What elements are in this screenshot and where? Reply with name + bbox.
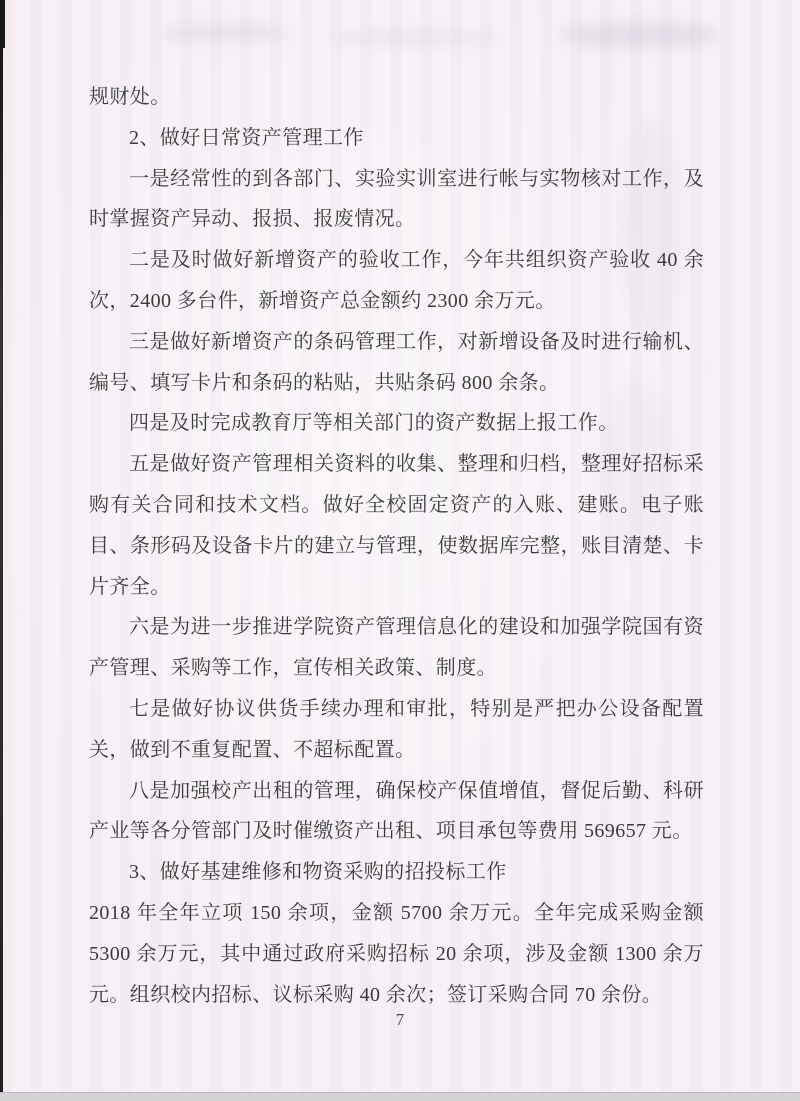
paragraph: 规财处。 — [89, 77, 704, 118]
scan-edge-left — [0, 0, 3, 1101]
paragraph: 六是为进一步推进学院资产管理信息化的建设和加强学院国有资产管理、采购等工作，宣传… — [89, 607, 704, 689]
paragraph: 七是做好协议供货手续办理和审批，特别是严把办公设备配置关，做到不重复配置、不超标… — [89, 689, 704, 771]
paragraph: 3、做好基建维修和物资采购的招投标工作 — [89, 852, 704, 893]
paragraph: 一是经常性的到各部门、实验实训室进行帐与实物核对工作，及时掌握资产异动、报损、报… — [89, 159, 704, 241]
paragraph: 2、做好日常资产管理工作 — [89, 118, 704, 159]
paragraph: 五是做好资产管理相关资料的收集、整理和归档，整理好招标采购有关合同和技术文档。做… — [89, 444, 704, 607]
scan-smudge — [560, 22, 720, 48]
document-body: 规财处。2、做好日常资产管理工作一是经常性的到各部门、实验实训室进行帐与实物核对… — [89, 77, 704, 1015]
paragraph: 二是及时做好新增资产的验收工作，今年共组织资产验收 40 余次，2400 多台件… — [89, 240, 704, 322]
paragraph: 2018 年全年立项 150 余项，金额 5700 余万元。全年完成采购金额 5… — [89, 893, 704, 1015]
scan-edge-bottom — [0, 1092, 800, 1101]
paragraph: 三是做好新增资产的条码管理工作，对新增设备及时进行输机、编号、填写卡片和条码的粘… — [89, 322, 704, 404]
page-number: 7 — [0, 1008, 800, 1032]
scan-smudge — [160, 24, 290, 42]
scanned-document-page: 规财处。2、做好日常资产管理工作一是经常性的到各部门、实验实训室进行帐与实物核对… — [0, 0, 800, 1101]
scan-smudge — [330, 30, 500, 46]
paragraph: 八是加强校产出租的管理，确保校产保值增值，督促后勤、科研产业等各分管部门及时催缴… — [89, 771, 704, 853]
paragraph: 四是及时完成教育厅等相关部门的资产数据上报工作。 — [89, 403, 704, 444]
scan-corner-mark — [0, 0, 5, 48]
